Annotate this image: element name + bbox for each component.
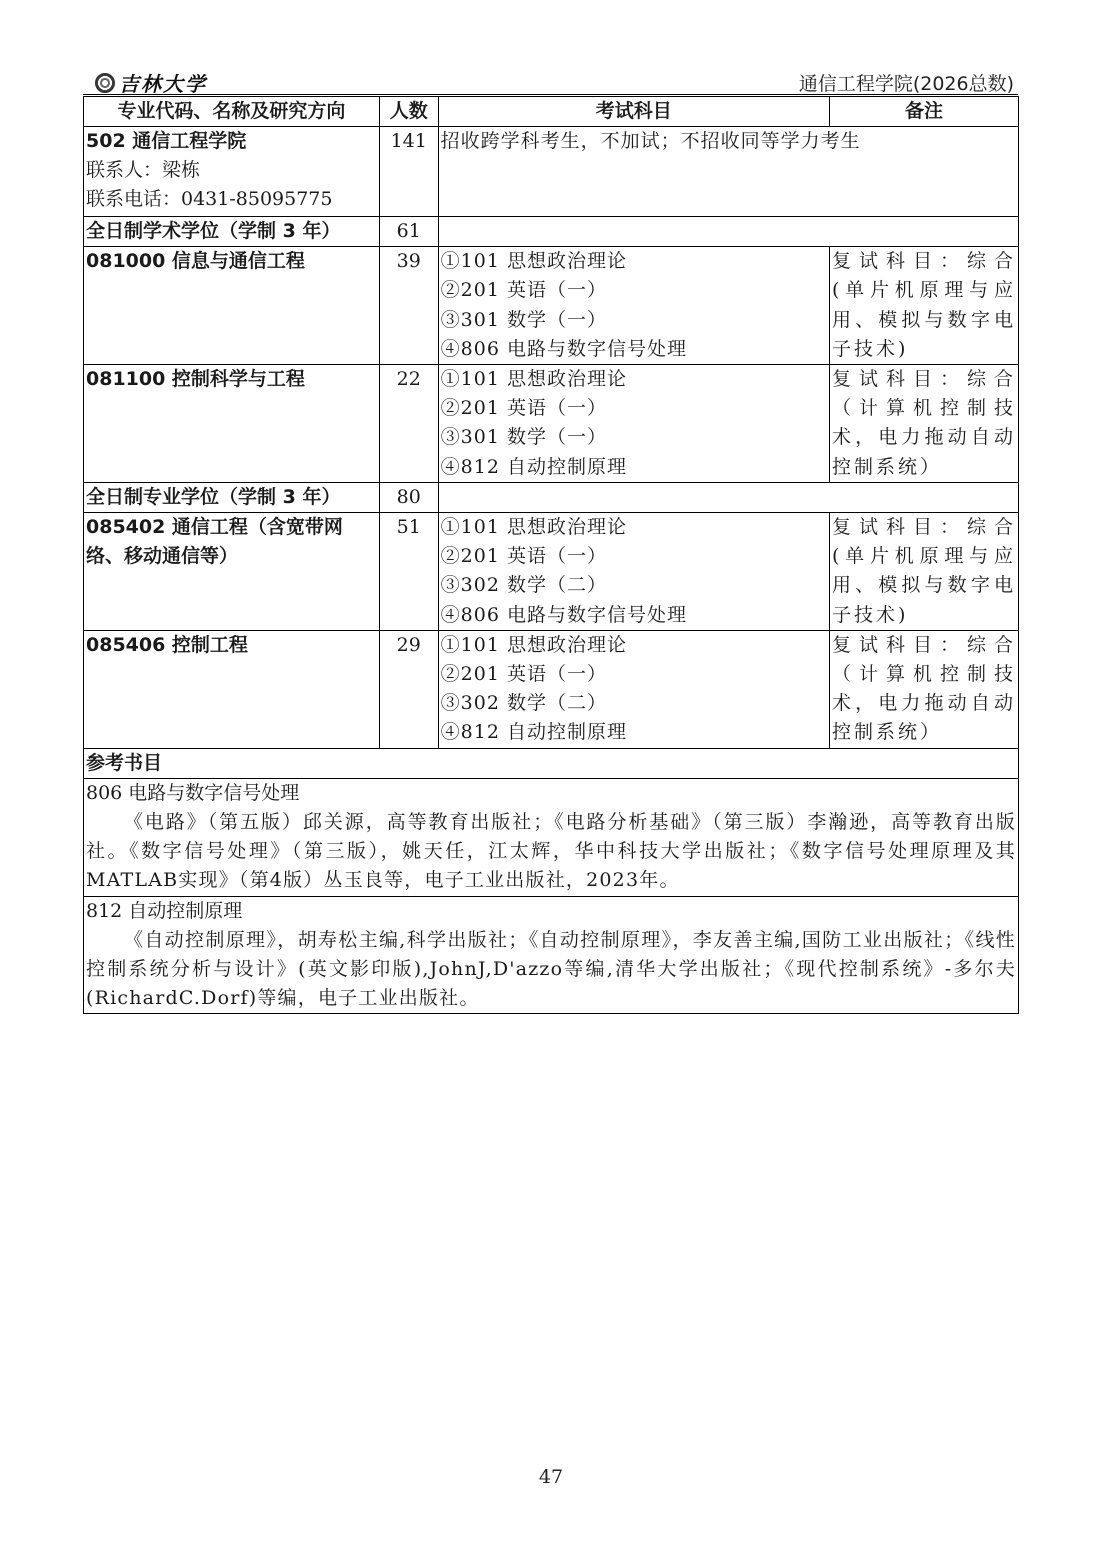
major-row: 085402 通信工程（含宽带网络、移动通信等） 51 ①101 思想政治理论 … (84, 513, 1019, 631)
references-header-row: 参考书目 (84, 748, 1019, 778)
college-info-cell: 502 通信工程学院 联系人：梁栋 联系电话：0431-85095775 (84, 127, 380, 217)
reference-text: 《电路》（第五版）邱关源，高等教育出版社；《电路分析基础》（第三版）李瀚逊，高等… (86, 808, 1016, 896)
major-name: 081100 控制科学与工程 (84, 365, 380, 483)
group-empty-cell (438, 217, 1018, 247)
column-header-notes: 备注 (829, 97, 1018, 127)
subject-item: ②201 英语（一） (441, 542, 827, 571)
group-empty-cell (438, 482, 1018, 512)
group-title: 全日制学术学位（学制 3 年） (84, 217, 380, 247)
subject-item: ③302 数学（二） (441, 571, 827, 600)
major-count: 51 (379, 513, 438, 631)
college-contact: 联系人：梁栋 (86, 156, 377, 185)
major-subjects: ①101 思想政治理论 ②201 英语（一） ③301 数学（一） ④812 自… (438, 365, 829, 483)
subject-item: ②201 英语（一） (441, 660, 827, 689)
major-count: 22 (379, 365, 438, 483)
major-subjects: ①101 思想政治理论 ②201 英语（一） ③302 数学（二） ④806 电… (438, 513, 829, 631)
table-header-row: 专业代码、名称及研究方向 人数 考试科目 备注 (84, 97, 1019, 127)
major-note: 复试科目：综合(单片机原理与应用、模拟与数字电子技术) (829, 513, 1018, 631)
college-phone: 联系电话：0431-85095775 (86, 185, 377, 214)
group-count: 80 (379, 482, 438, 512)
major-row: 085406 控制工程 29 ①101 思想政治理论 ②201 英语（一） ③3… (84, 630, 1019, 748)
reference-text: 《自动控制原理》，胡寿松主编,科学出版社；《自动控制原理》，李友善主编,国防工业… (86, 926, 1016, 1014)
subject-item: ④806 电路与数字信号处理 (441, 601, 827, 630)
subject-item: ①101 思想政治理论 (441, 513, 827, 542)
header-title: 通信工程学院(2026总数) (799, 69, 1014, 96)
reference-section: 806 电路与数字信号处理 《电路》（第五版）邱关源，高等教育出版社；《电路分析… (84, 778, 1019, 896)
reference-row: 812 自动控制原理 《自动控制原理》，胡寿松主编,科学出版社；《自动控制原理》… (84, 896, 1019, 1014)
group-title: 全日制专业学位（学制 3 年） (84, 482, 380, 512)
major-count: 29 (379, 630, 438, 748)
admission-table: 专业代码、名称及研究方向 人数 考试科目 备注 502 通信工程学院 联系人：梁… (83, 96, 1019, 1014)
major-note: 复试科目：综合(单片机原理与应用、模拟与数字电子技术) (829, 247, 1018, 365)
page-number: 47 (0, 1466, 1102, 1488)
major-note: 复试科目：综合（计算机控制技术，电力拖动自动控制系统） (829, 365, 1018, 483)
column-header-major: 专业代码、名称及研究方向 (84, 97, 380, 127)
group-row: 全日制学术学位（学制 3 年） 61 (84, 217, 1019, 247)
major-subjects: ①101 思想政治理论 ②201 英语（一） ③302 数学（二） ④812 自… (438, 630, 829, 748)
column-header-subjects: 考试科目 (438, 97, 829, 127)
major-name: 081000 信息与通信工程 (84, 247, 380, 365)
major-name: 085406 控制工程 (84, 630, 380, 748)
reference-section: 812 自动控制原理 《自动控制原理》，胡寿松主编,科学出版社；《自动控制原理》… (84, 896, 1019, 1014)
subject-item: ①101 思想政治理论 (441, 631, 827, 660)
subject-item: ③302 数学（二） (441, 689, 827, 718)
subject-item: ②201 英语（一） (441, 394, 827, 423)
major-row: 081100 控制科学与工程 22 ①101 思想政治理论 ②201 英语（一）… (84, 365, 1019, 483)
major-subjects: ①101 思想政治理论 ②201 英语（一） ③301 数学（一） ④806 电… (438, 247, 829, 365)
references-title: 参考书目 (84, 748, 1019, 778)
reference-subject: 812 自动控制原理 (86, 897, 1016, 926)
university-name: 吉林大学 (119, 68, 207, 97)
subject-item: ④812 自动控制原理 (441, 718, 827, 747)
major-name: 085402 通信工程（含宽带网络、移动通信等） (84, 513, 380, 631)
group-count: 61 (379, 217, 438, 247)
group-row: 全日制专业学位（学制 3 年） 80 (84, 482, 1019, 512)
subject-item: ②201 英语（一） (441, 276, 827, 305)
page-header: 吉林大学 通信工程学院(2026总数) (83, 66, 1018, 95)
college-note: 招收跨学科考生，不加试；不招收同等学力考生 (438, 127, 1018, 217)
major-note: 复试科目：综合（计算机控制技术，电力拖动自动控制系统） (829, 630, 1018, 748)
university-logo: 吉林大学 (95, 68, 207, 97)
major-row: 081000 信息与通信工程 39 ①101 思想政治理论 ②201 英语（一）… (84, 247, 1019, 365)
reference-subject: 806 电路与数字信号处理 (86, 779, 1016, 808)
subject-item: ①101 思想政治理论 (441, 365, 827, 394)
college-row: 502 通信工程学院 联系人：梁栋 联系电话：0431-85095775 141… (84, 127, 1019, 217)
subject-item: ③301 数学（一） (441, 423, 827, 452)
subject-item: ③301 数学（一） (441, 306, 827, 335)
column-header-count: 人数 (379, 97, 438, 127)
subject-item: ④812 自动控制原理 (441, 453, 827, 482)
reference-row: 806 电路与数字信号处理 《电路》（第五版）邱关源，高等教育出版社；《电路分析… (84, 778, 1019, 896)
subject-item: ①101 思想政治理论 (441, 247, 827, 276)
major-count: 39 (379, 247, 438, 365)
university-emblem-icon (95, 73, 115, 93)
subject-item: ④806 电路与数字信号处理 (441, 335, 827, 364)
college-count: 141 (379, 127, 438, 217)
college-name: 502 通信工程学院 (86, 127, 377, 156)
